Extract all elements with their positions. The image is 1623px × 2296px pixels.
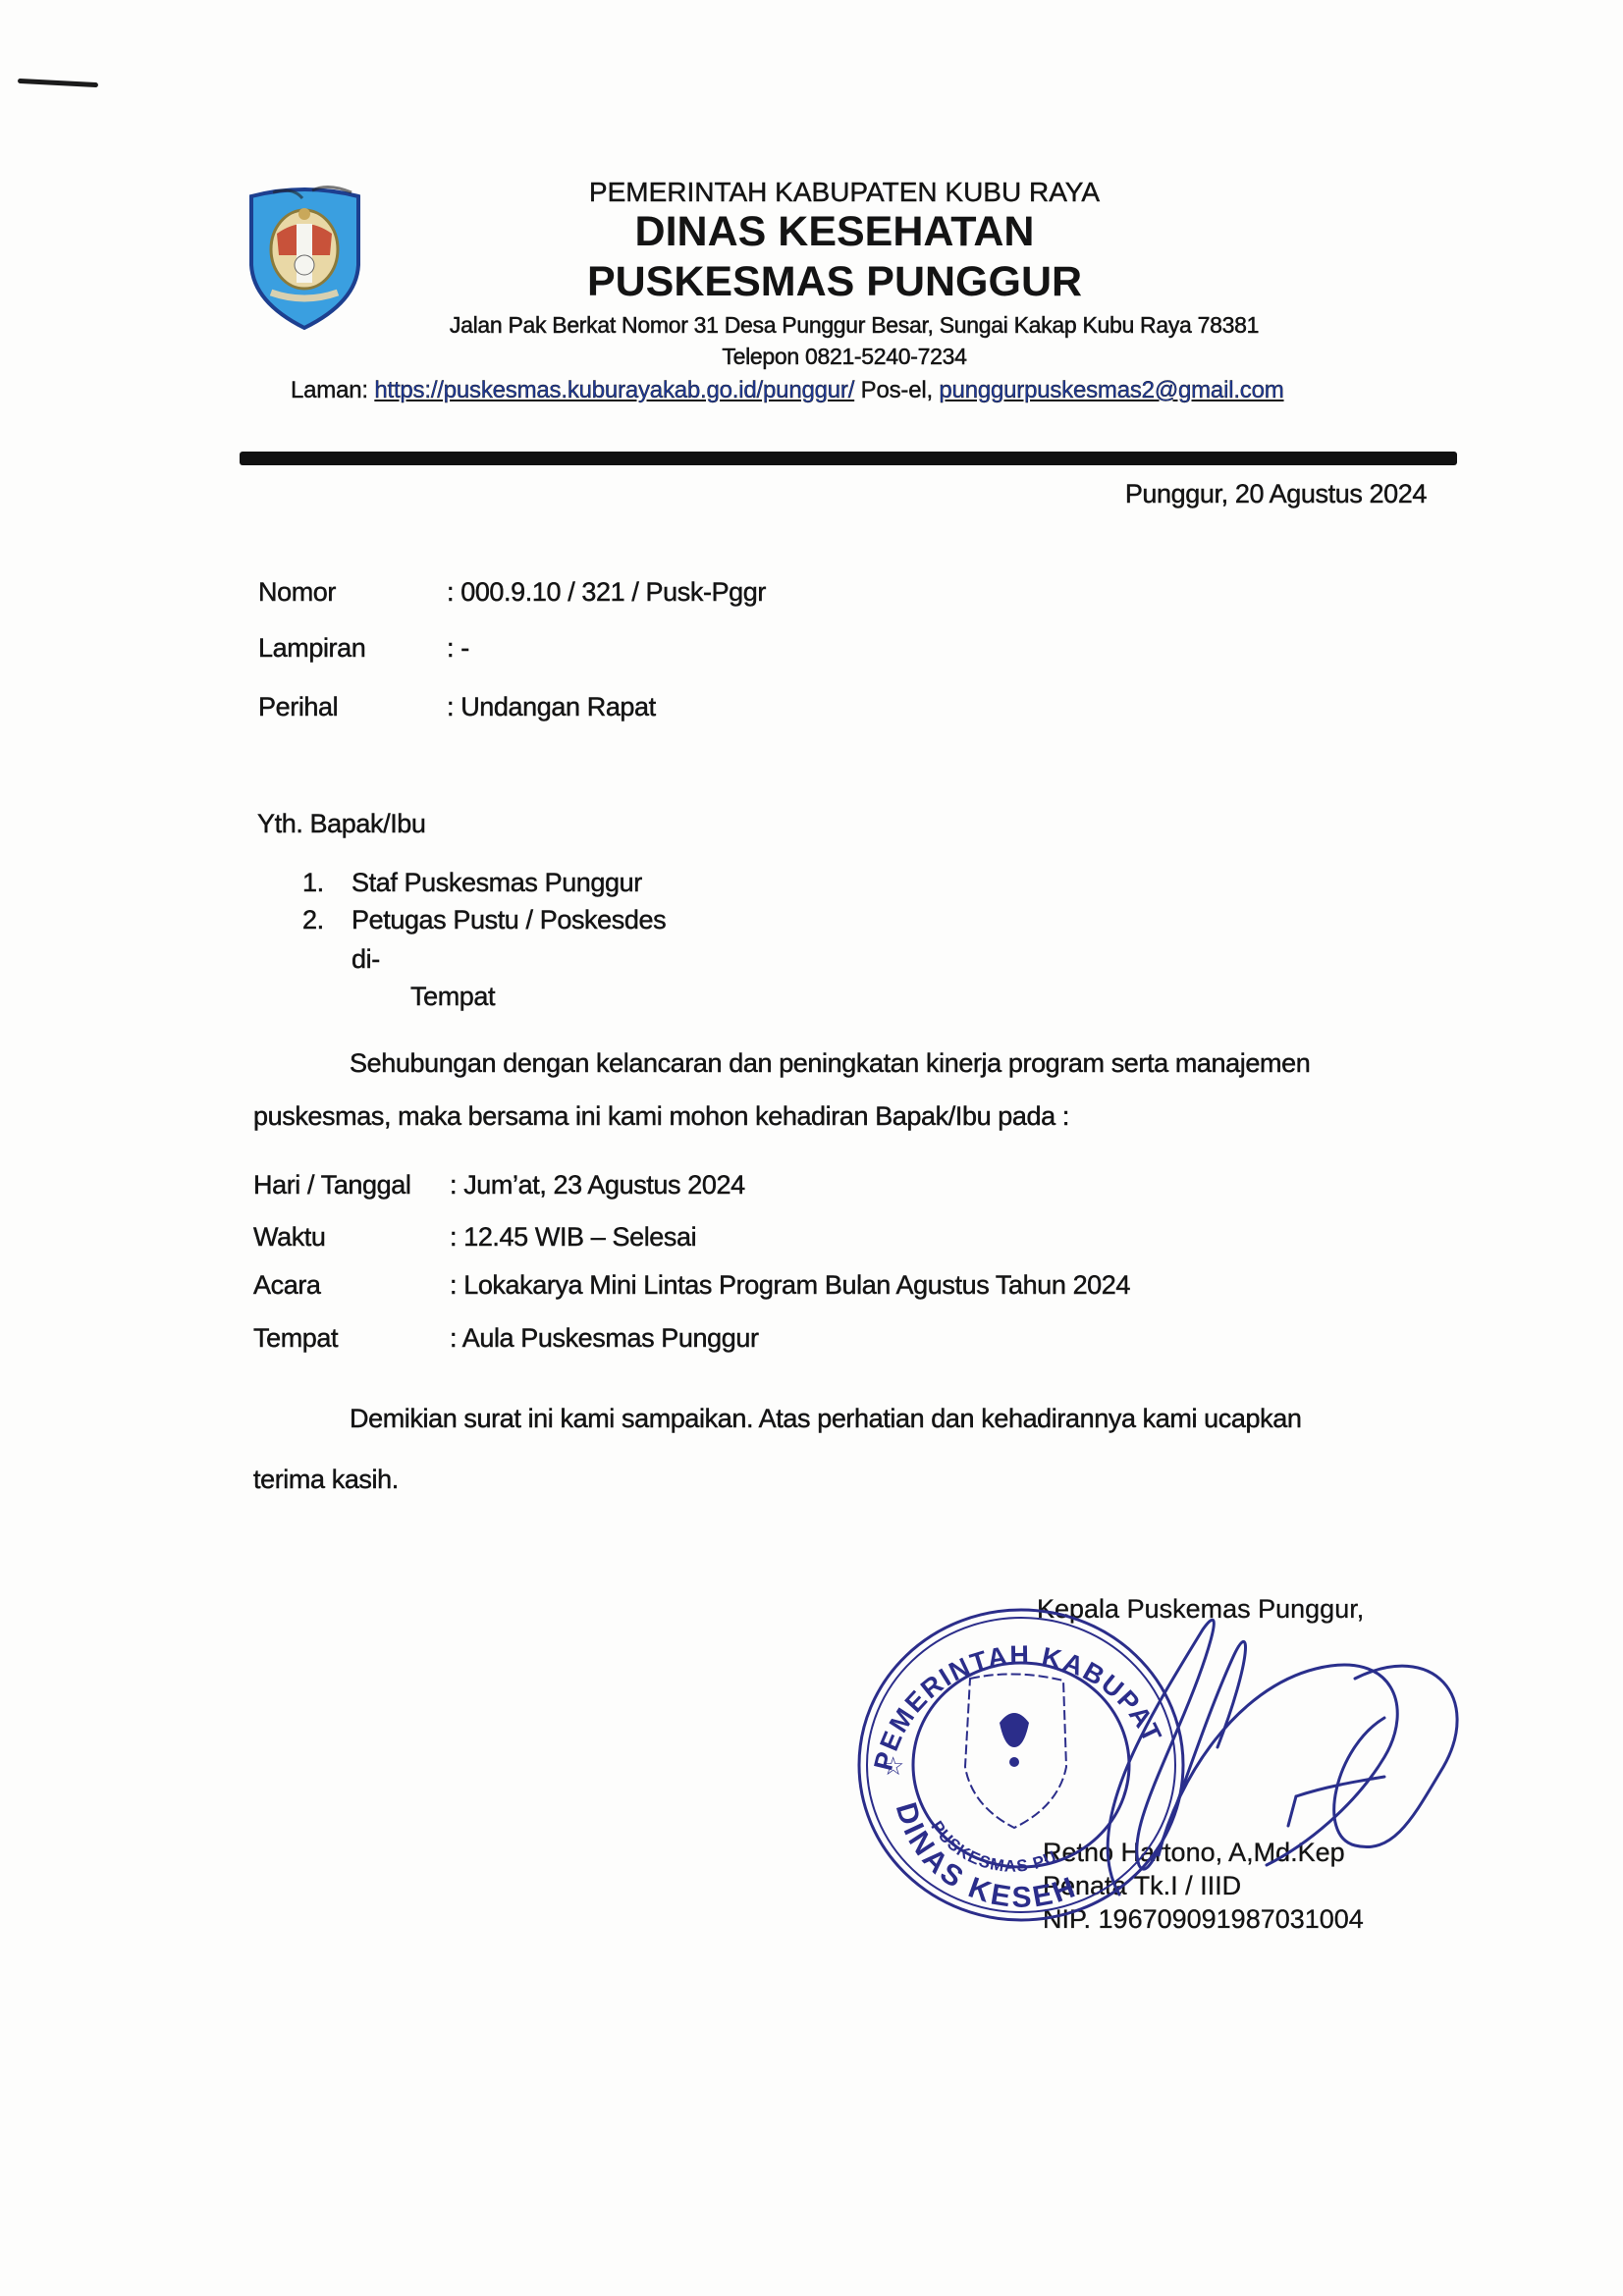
- letterhead-contact: Laman: https://puskesmas.kuburayakab.go.…: [291, 377, 1400, 404]
- addressee-greeting: Yth. Bapak/Ibu: [257, 809, 426, 839]
- recipient-item: 2.Petugas Pustu / Poskesdes: [302, 905, 666, 935]
- website-label: Laman:: [291, 377, 368, 403]
- event-value: : Lokakarya Mini Lintas Program Bulan Ag…: [450, 1270, 1130, 1300]
- opening-paragraph-line1: Sehubungan dengan kelancaran dan peningk…: [350, 1048, 1310, 1079]
- event-label: Acara: [253, 1270, 450, 1301]
- meta-value: : -: [447, 633, 469, 663]
- event-value: : Jum’at, 23 Agustus 2024: [450, 1170, 745, 1200]
- letterhead-address: Jalan Pak Berkat Nomor 31 Desa Punggur B…: [363, 312, 1345, 339]
- opening-paragraph-line2: puskesmas, maka bersama ini kami mohon k…: [253, 1101, 1069, 1132]
- event-label: Hari / Tanggal: [253, 1170, 450, 1201]
- letterhead-government: PEMERINTAH KABUPATEN KUBU RAYA: [579, 177, 1109, 208]
- event-value: : Aula Puskesmas Punggur: [450, 1323, 759, 1353]
- addressee-place: Tempat: [410, 982, 495, 1012]
- recipient-name: Petugas Pustu / Poskesdes: [352, 905, 666, 934]
- meta-number: Nomor: 000.9.10 / 321 / Pusk-Pggr: [258, 577, 766, 608]
- meta-label: Lampiran: [258, 633, 447, 664]
- event-label: Waktu: [253, 1222, 450, 1253]
- meta-value: : Undangan Rapat: [447, 692, 656, 721]
- letterhead-divider: [240, 452, 1457, 465]
- meta-attachment: Lampiran: -: [258, 633, 469, 664]
- closing-paragraph-line1: Demikian surat ini kami sampaikan. Atas …: [350, 1404, 1301, 1434]
- scan-artifact-mark: [18, 79, 98, 87]
- event-agenda: Acara: Lokakarya Mini Lintas Program Bul…: [253, 1270, 1130, 1301]
- meta-subject: Perihal: Undangan Rapat: [258, 692, 656, 722]
- event-value: : 12.45 WIB – Selesai: [450, 1222, 696, 1252]
- recipient-number: 2.: [302, 905, 352, 935]
- meta-label: Perihal: [258, 692, 447, 722]
- letterhead-department: DINAS KESEHATAN: [589, 208, 1080, 256]
- handwritten-signature: [1060, 1600, 1473, 1914]
- meta-label: Nomor: [258, 577, 447, 608]
- event-date: Hari / Tanggal: Jum’at, 23 Agustus 2024: [253, 1170, 745, 1201]
- meta-value: : 000.9.10 / 321 / Pusk-Pggr: [447, 577, 766, 607]
- recipient-number: 1.: [302, 868, 352, 898]
- email-label: Pos-el,: [861, 377, 933, 403]
- recipient-name: Staf Puskesmas Punggur: [352, 868, 642, 897]
- event-venue: Tempat: Aula Puskesmas Punggur: [253, 1323, 759, 1354]
- letterhead-phone: Telepon 0821-5240-7234: [550, 344, 1139, 370]
- svg-text:☆: ☆: [882, 1752, 904, 1782]
- event-label: Tempat: [253, 1323, 450, 1354]
- place-date: Punggur, 20 Agustus 2024: [1125, 479, 1427, 509]
- recipient-item: 1.Staf Puskesmas Punggur: [302, 868, 642, 898]
- closing-paragraph-line2: terima kasih.: [253, 1465, 399, 1495]
- website-link[interactable]: https://puskesmas.kuburayakab.go.id/pung…: [374, 377, 854, 403]
- letterhead-unit: PUSKESMAS PUNGGUR: [550, 258, 1119, 306]
- addressee-di: di-: [352, 944, 380, 975]
- event-time: Waktu: 12.45 WIB – Selesai: [253, 1222, 696, 1253]
- email-link[interactable]: punggurpuskesmas2@gmail.com: [939, 377, 1283, 403]
- kubu-raya-crest-icon: [243, 185, 366, 332]
